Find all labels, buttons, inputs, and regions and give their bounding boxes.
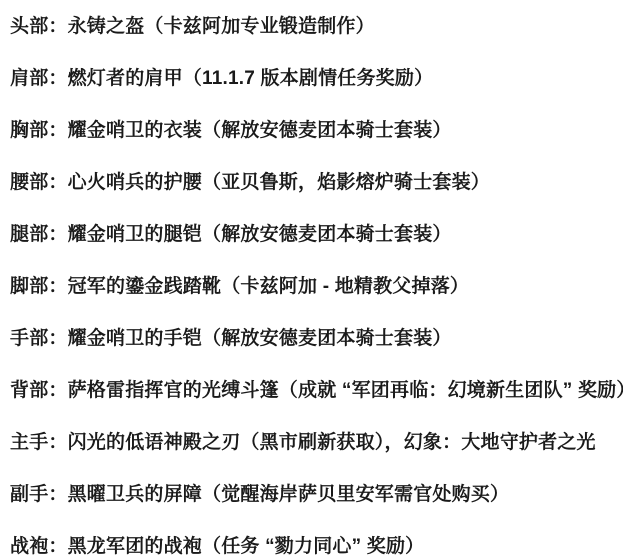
- gear-description: 闪光的低语神殿之刃（黑市刷新获取），幻象：大地守护者之光: [68, 432, 596, 453]
- gear-item-hands: 手部：耀金哨卫的手铠（解放安德麦团本骑士套装）: [10, 327, 613, 351]
- gear-slot-label: 胸部: [10, 120, 48, 141]
- gear-item-tabard: 战袍：黑龙军团的战袍（任务 “勠力同心” 奖励）: [10, 535, 613, 557]
- gear-item-mainhand: 主手：闪光的低语神殿之刃（黑市刷新获取），幻象：大地守护者之光: [10, 431, 613, 455]
- gear-slot-label: 背部: [10, 380, 48, 401]
- gear-description: 永铸之盔（卡兹阿加专业锻造制作）: [68, 16, 375, 37]
- gear-description: 冠军的鎏金践踏靴（卡兹阿加 - 地精教父掉落）: [68, 276, 470, 297]
- gear-separator: ：: [48, 16, 67, 37]
- gear-slot-label: 腿部: [10, 224, 48, 245]
- gear-description: 萨格雷指挥官的光缚斗篷（成就 “军团再临：幻境新生团队” 奖励）: [68, 380, 623, 401]
- gear-item-back: 背部：萨格雷指挥官的光缚斗篷（成就 “军团再临：幻境新生团队” 奖励）: [10, 379, 613, 403]
- gear-separator: ：: [48, 276, 67, 297]
- gear-slot-label: 副手: [10, 484, 48, 505]
- gear-item-shoulder: 肩部：燃灯者的肩甲（11.1.7 版本剧情任务奖励）: [10, 67, 613, 91]
- gear-slot-label: 腰部: [10, 172, 48, 193]
- gear-description: 黑曜卫兵的屏障（觉醒海岸萨贝里安军需官处购买）: [68, 484, 510, 505]
- gear-slot-label: 战袍: [10, 536, 48, 557]
- gear-slot-label: 头部: [10, 16, 48, 37]
- gear-item-chest: 胸部：耀金哨卫的衣装（解放安德麦团本骑士套装）: [10, 119, 613, 143]
- gear-item-feet: 脚部：冠军的鎏金践踏靴（卡兹阿加 - 地精教父掉落）: [10, 275, 613, 299]
- gear-separator: ：: [48, 432, 67, 453]
- gear-description: 耀金哨卫的手铠（解放安德麦团本骑士套装）: [68, 328, 452, 349]
- gear-separator: ：: [48, 380, 67, 401]
- gear-description: 耀金哨卫的腿铠（解放安德麦团本骑士套装）: [68, 224, 452, 245]
- gear-description: 燃灯者的肩甲（11.1.7 版本剧情任务奖励）: [68, 68, 434, 89]
- gear-list: 头部：永铸之盔（卡兹阿加专业锻造制作） 肩部：燃灯者的肩甲（11.1.7 版本剧…: [0, 0, 623, 557]
- gear-slot-label: 主手: [10, 432, 48, 453]
- gear-separator: ：: [48, 120, 67, 141]
- gear-separator: ：: [48, 172, 67, 193]
- gear-separator: ：: [48, 328, 67, 349]
- gear-item-waist: 腰部：心火哨兵的护腰（亚贝鲁斯，焰影熔炉骑士套装）: [10, 171, 613, 195]
- gear-separator: ：: [48, 484, 67, 505]
- gear-separator: ：: [48, 224, 67, 245]
- gear-description: 心火哨兵的护腰（亚贝鲁斯，焰影熔炉骑士套装）: [68, 172, 490, 193]
- gear-description: 耀金哨卫的衣装（解放安德麦团本骑士套装）: [68, 120, 452, 141]
- gear-item-offhand: 副手：黑曜卫兵的屏障（觉醒海岸萨贝里安军需官处购买）: [10, 483, 613, 507]
- gear-description: 黑龙军团的战袍（任务 “勠力同心” 奖励）: [68, 536, 425, 557]
- gear-slot-label: 手部: [10, 328, 48, 349]
- gear-item-legs: 腿部：耀金哨卫的腿铠（解放安德麦团本骑士套装）: [10, 223, 613, 247]
- gear-item-head: 头部：永铸之盔（卡兹阿加专业锻造制作）: [10, 15, 613, 39]
- gear-separator: ：: [48, 536, 67, 557]
- gear-separator: ：: [48, 68, 67, 89]
- gear-slot-label: 脚部: [10, 276, 48, 297]
- gear-slot-label: 肩部: [10, 68, 48, 89]
